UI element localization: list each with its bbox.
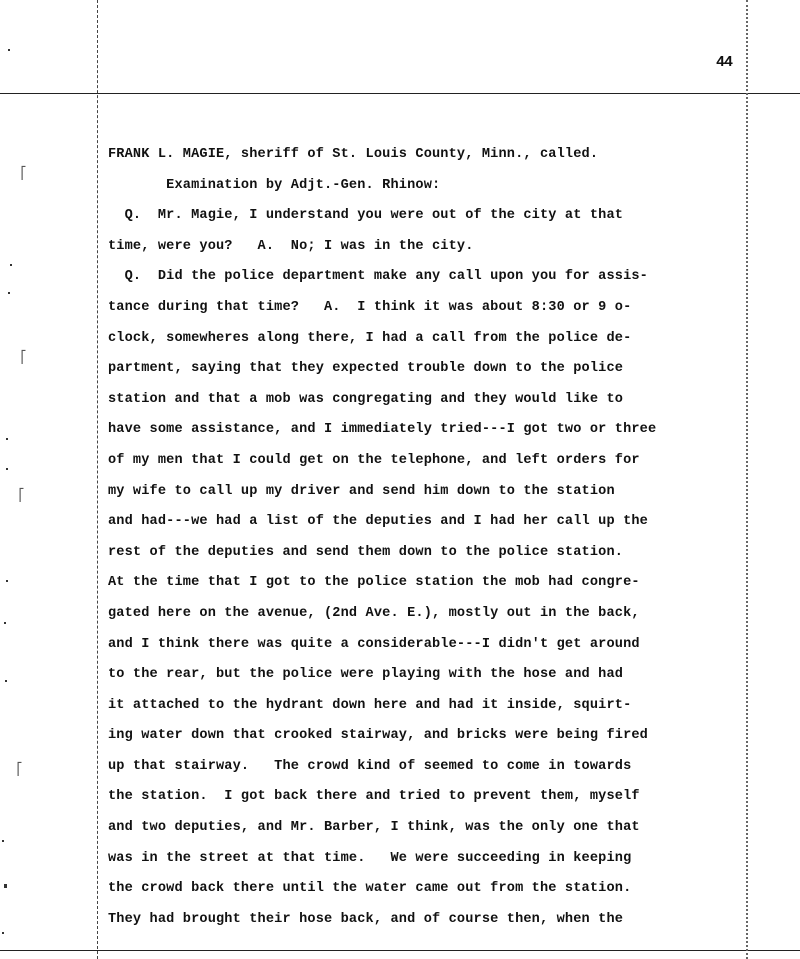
transcript-line: was in the street at that time. We were … <box>108 844 758 875</box>
page-number: 44 <box>716 54 732 71</box>
transcript-line: to the rear, but the police were playing… <box>108 660 758 691</box>
header-rule <box>0 93 800 94</box>
transcript-line: station and that a mob was congregating … <box>108 385 758 416</box>
scan-speck <box>5 680 7 682</box>
scan-speck <box>2 932 4 934</box>
transcript-line: have some assistance, and I immediately … <box>108 415 758 446</box>
transcript-line: and had---we had a list of the deputies … <box>108 507 758 538</box>
transcript-line: Q. Did the police department make any ca… <box>108 262 758 293</box>
scan-speck <box>4 884 7 888</box>
scan-speck <box>8 292 10 294</box>
transcript-line: ing water down that crooked stairway, an… <box>108 721 758 752</box>
transcript-line: rest of the deputies and send them down … <box>108 538 758 569</box>
transcript-line: Q. Mr. Magie, I understand you were out … <box>108 201 758 232</box>
transcript-line: time, were you? A. No; I was in the city… <box>108 232 758 263</box>
transcript-line: clock, somewheres along there, I had a c… <box>108 324 758 355</box>
transcript-line: FRANK L. MAGIE, sheriff of St. Louis Cou… <box>108 140 758 171</box>
transcript-line: the station. I got back there and tried … <box>108 782 758 813</box>
scan-speck <box>2 840 4 842</box>
transcript-line: up that stairway. The crowd kind of seem… <box>108 752 758 783</box>
transcript-line: gated here on the avenue, (2nd Ave. E.),… <box>108 599 758 630</box>
scan-speck <box>10 264 12 266</box>
transcript-line: the crowd back there until the water cam… <box>108 874 758 905</box>
left-margin-rule <box>97 0 98 959</box>
footer-rule <box>0 950 800 951</box>
transcript-line: and two deputies, and Mr. Barber, I thin… <box>108 813 758 844</box>
scan-speck <box>6 580 8 582</box>
scan-speck <box>6 438 8 440</box>
scan-speck <box>6 468 8 470</box>
scan-speck <box>8 49 10 51</box>
transcript-line: At the time that I got to the police sta… <box>108 568 758 599</box>
bracket-mark-icon: ⎡ <box>20 166 27 181</box>
transcript-line: Examination by Adjt.-Gen. Rhinow: <box>108 171 758 202</box>
transcript-line: of my men that I could get on the teleph… <box>108 446 758 477</box>
transcript-body: FRANK L. MAGIE, sheriff of St. Louis Cou… <box>108 140 758 935</box>
bracket-mark-icon: ⎡ <box>16 762 23 777</box>
transcript-line: tance during that time? A. I think it wa… <box>108 293 758 324</box>
transcript-line: and I think there was quite a considerab… <box>108 630 758 661</box>
scan-speck <box>4 622 6 624</box>
transcript-line: They had brought their hose back, and of… <box>108 905 758 936</box>
transcript-line: partment, saying that they expected trou… <box>108 354 758 385</box>
bracket-mark-icon: ⎡ <box>20 350 27 365</box>
transcript-line: my wife to call up my driver and send hi… <box>108 477 758 508</box>
transcript-line: it attached to the hydrant down here and… <box>108 691 758 722</box>
bracket-mark-icon: ⎡ <box>18 488 25 503</box>
